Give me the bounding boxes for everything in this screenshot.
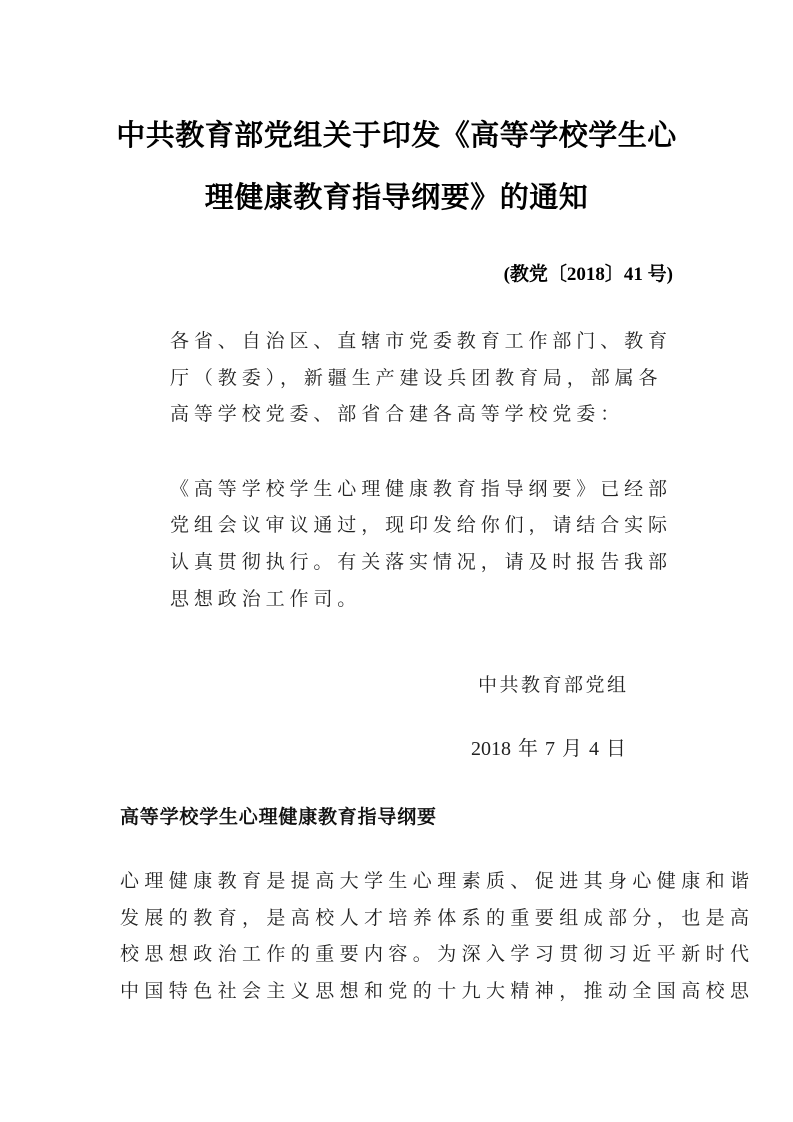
section-body-line-2: 发展的教育，是高校人才培养体系的重要组成部分，也是高	[120, 904, 754, 932]
document-title-line-2: 理健康教育指导纲要》的通知	[0, 179, 793, 215]
document-title-line-1: 中共教育部党组关于印发《高等学校学生心	[0, 117, 793, 153]
document-number: (教党〔2018〕41 号)	[504, 261, 673, 289]
section-body-line-3: 校思想政治工作的重要内容。为深入学习贯彻习近平新时代	[120, 940, 754, 968]
addressee-line-3: 高等学校党委、部省合建各高等学校党委：	[170, 400, 624, 428]
notice-line-1: 《高等学校学生心理健康教育指导纲要》已经部	[170, 475, 672, 503]
signer: 中共教育部党组	[478, 671, 629, 699]
document-page: 中共教育部党组关于印发《高等学校学生心 理健康教育指导纲要》的通知 (教党〔20…	[0, 0, 793, 1122]
notice-line-2: 党组会议审议通过，现印发给你们，请结合实际	[170, 511, 672, 539]
notice-line-3: 认真贯彻执行。有关落实情况，请及时报告我部	[170, 548, 672, 576]
addressee-line-1: 各省、自治区、直辖市党委教育工作部门、教育	[170, 327, 672, 355]
notice-line-4: 思想政治工作司。	[170, 585, 361, 613]
section-body-line-4: 中国特色社会主义思想和党的十九大精神，推动全国高校思	[120, 977, 754, 1005]
section-body-line-1: 心理健康教育是提高大学生心理素质、促进其身心健康和谐	[120, 867, 754, 895]
section-title: 高等学校学生心理健康教育指导纲要	[120, 803, 437, 831]
addressee-line-2: 厅（教委），新疆生产建设兵团教育局，部属各	[170, 364, 662, 392]
issue-date: 2018 年 7 月 4 日	[471, 735, 626, 763]
